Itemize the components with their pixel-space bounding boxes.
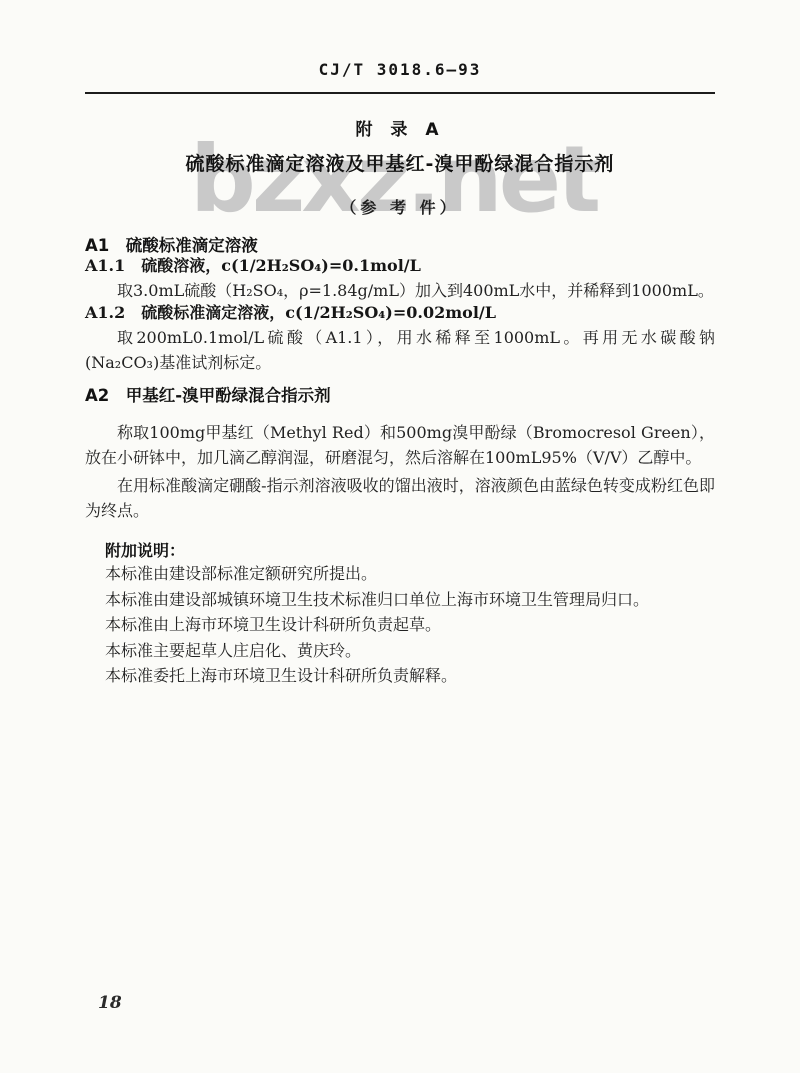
note-line: 本标准由建设部标准定额研究所提出。 <box>105 561 715 587</box>
clause-a1-1-body: 取3.0mL硫酸（H₂SO₄，ρ=1.84g/mL）加入到400mL水中，并稀释… <box>85 278 715 303</box>
a2-paragraph-1: 称取100mg甲基红（Methyl Red）和500mg溴甲酚绿（Bromocr… <box>85 420 715 470</box>
appendix-label: 附 录 A <box>85 120 715 140</box>
page-number: 18 <box>98 993 122 1013</box>
appendix-title: 硫酸标准滴定溶液及甲基红-溴甲酚绿混合指示剂 <box>85 152 715 176</box>
page-content: CJ/T 3018.6—93 附 录 A 硫酸标准滴定溶液及甲基红-溴甲酚绿混合… <box>0 0 800 689</box>
document-page: bzxz.net CJ/T 3018.6—93 附 录 A 硫酸标准滴定溶液及甲… <box>0 0 800 1073</box>
a2-paragraph-2: 在用标准酸滴定硼酸-指示剂溶液吸收的馏出液时，溶液颜色由蓝绿色转变成粉红色即为终… <box>85 473 715 523</box>
note-line: 本标准主要起草人庄启化、黄庆玲。 <box>105 638 715 664</box>
section-a1-heading: A1 硫酸标准滴定溶液 <box>85 236 715 256</box>
additional-notes-heading: 附加说明： <box>105 541 715 561</box>
note-line: 本标准委托上海市环境卫生设计科研所负责解释。 <box>105 663 715 689</box>
note-line: 本标准由建设部城镇环境卫生技术标准归口单位上海市环境卫生管理局归口。 <box>105 587 715 613</box>
additional-notes: 附加说明： 本标准由建设部标准定额研究所提出。 本标准由建设部城镇环境卫生技术标… <box>105 541 715 689</box>
section-a2-heading: A2 甲基红-溴甲酚绿混合指示剂 <box>85 386 715 406</box>
clause-a1-2-heading: A1.2 硫酸标准滴定溶液，c(1/2H₂SO₄)=0.02mol/L <box>85 303 715 323</box>
clause-a1-1-heading: A1.1 硫酸溶液，c(1/2H₂SO₄)=0.1mol/L <box>85 256 715 276</box>
appendix-subtitle: （参 考 件） <box>85 198 715 218</box>
header-rule <box>85 92 715 94</box>
clause-a1-2-body: 取200mL0.1mol/L硫酸（A1.1），用水稀释至1000mL。再用无水碳… <box>85 325 715 375</box>
note-line: 本标准由上海市环境卫生设计科研所负责起草。 <box>105 612 715 638</box>
standard-code: CJ/T 3018.6—93 <box>85 0 715 80</box>
